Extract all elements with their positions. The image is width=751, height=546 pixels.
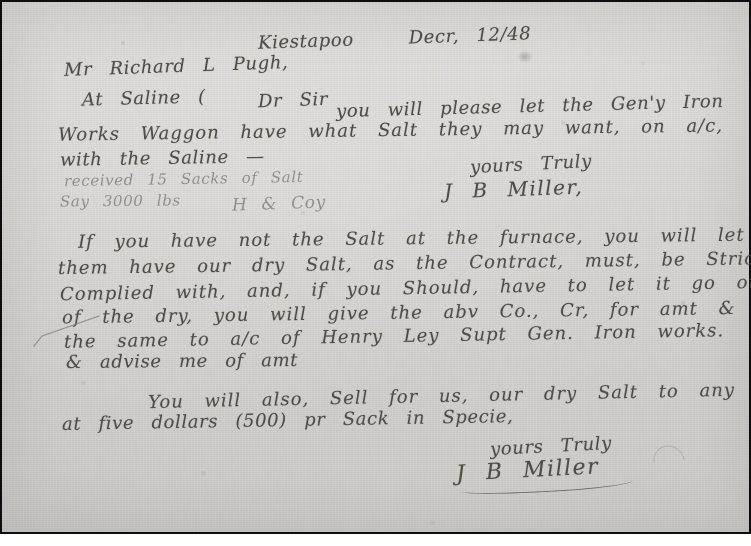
paper-specks: [2, 2, 4, 4]
salutation: Dr Sir: [258, 89, 329, 112]
pencil-note-initials: H & Coy: [232, 192, 326, 215]
signature-1: J B Miller,: [444, 175, 584, 204]
dateline-gap: [354, 44, 409, 46]
smudge-spot: [517, 50, 533, 63]
scanned-letter-paper: KiestapooDecr, 12/48 Mr Richard L Pugh, …: [0, 0, 751, 534]
recipient-line: Mr Richard L Pugh,: [64, 52, 289, 81]
para1-line-3: with the Saline —: [60, 146, 265, 171]
dateline: KiestapooDecr, 12/48: [258, 23, 532, 54]
smudge-mark: [647, 439, 691, 482]
dateline-place: Kiestapoo: [258, 29, 354, 53]
para3-line-2: at five dollars (500) pr Sack in Specie,: [62, 406, 514, 435]
pencil-note-line-1: received 15 Sacks of Salt: [64, 168, 304, 190]
pencil-note-line-2: Say 3000 lbs: [60, 191, 181, 210]
pencil-check-mark: [7, 300, 107, 355]
para2-line-1: If you have not the Salt at the furnace,…: [78, 224, 751, 252]
para1-line-2: Works Waggon have what Salt they may wan…: [58, 115, 723, 145]
address-line: At Saline (: [82, 86, 206, 110]
dateline-date: Decr, 12/48: [408, 23, 531, 48]
